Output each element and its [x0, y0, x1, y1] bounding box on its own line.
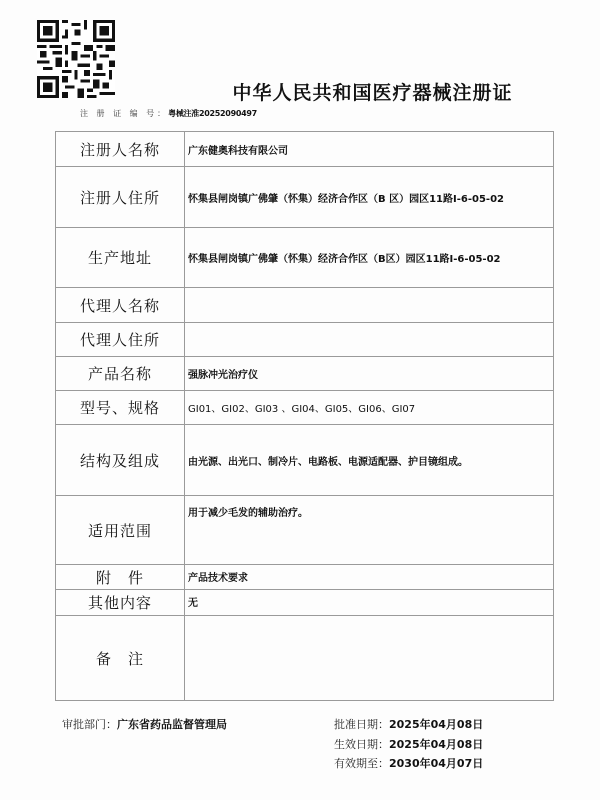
row-product-name: 产品名称 强脉冲光治疗仪: [56, 357, 554, 391]
field-label: 附 件: [56, 565, 185, 590]
field-label: 适用范围: [56, 496, 185, 565]
field-value: 无: [185, 590, 554, 616]
field-value: 怀集县闸岗镇广佛肇（怀集）经济合作区（B区）园区11路I-6-05-02: [185, 228, 554, 288]
row-remarks: 备 注: [56, 616, 554, 701]
certificate-table: 注册人名称 广东健奥科技有限公司 注册人住所 怀集县闸岗镇广佛肇（怀集）经济合作…: [55, 131, 554, 701]
field-value: [185, 288, 554, 323]
row-agent-address: 代理人住所: [56, 323, 554, 357]
approval-date-value: 2025年04月08日: [389, 718, 483, 731]
registration-number-value: 粤械注准20252090497: [168, 109, 257, 118]
row-attachment: 附 件 产品技术要求: [56, 565, 554, 590]
row-structure: 结构及组成 由光源、出光口、制冷片、电路板、电源适配器、护目镜组成。: [56, 425, 554, 496]
field-label: 备 注: [56, 616, 185, 701]
approval-department-value: 广东省药品监督管理局: [117, 718, 227, 731]
field-label: 其他内容: [56, 590, 185, 616]
effective-date: 生效日期：2025年04月08日: [334, 736, 483, 752]
field-value: 产品技术要求: [185, 565, 554, 590]
row-production-address: 生产地址 怀集县闸岗镇广佛肇（怀集）经济合作区（B区）园区11路I-6-05-0…: [56, 228, 554, 288]
registration-number: 注 册 证 编 号：粤械注准20252090497: [80, 108, 257, 119]
row-scope: 适用范围 用于减少毛发的辅助治疗。: [56, 496, 554, 565]
row-other-content: 其他内容 无: [56, 590, 554, 616]
field-label: 产品名称: [56, 357, 185, 391]
row-registrant-name: 注册人名称 广东健奥科技有限公司: [56, 132, 554, 167]
field-value: GI01、GI02、GI03 、GI04、GI05、GI06、GI07: [185, 391, 554, 425]
row-registrant-address: 注册人住所 怀集县闸岗镇广佛肇（怀集）经济合作区（B 区）园区11路I-6-05…: [56, 167, 554, 228]
valid-until-value: 2030年04月07日: [389, 757, 483, 770]
field-value: 强脉冲光治疗仪: [185, 357, 554, 391]
valid-until-label: 有效期至：: [334, 757, 389, 770]
field-label: 代理人名称: [56, 288, 185, 323]
field-value: 由光源、出光口、制冷片、电路板、电源适配器、护目镜组成。: [185, 425, 554, 496]
field-label: 型号、规格: [56, 391, 185, 425]
valid-until: 有效期至：2030年04月07日: [334, 755, 483, 771]
field-value: [185, 616, 554, 701]
approval-date: 批准日期：2025年04月08日: [334, 716, 483, 732]
field-value: 怀集县闸岗镇广佛肇（怀集）经济合作区（B 区）园区11路I-6-05-02: [185, 167, 554, 228]
field-label: 注册人住所: [56, 167, 185, 228]
effective-date-label: 生效日期：: [334, 738, 389, 751]
field-value: [185, 323, 554, 357]
field-label: 注册人名称: [56, 132, 185, 167]
approval-department-label: 审批部门：: [62, 718, 117, 731]
field-value: 用于减少毛发的辅助治疗。: [185, 496, 554, 565]
field-label: 结构及组成: [56, 425, 185, 496]
effective-date-value: 2025年04月08日: [389, 738, 483, 751]
approval-department: 审批部门：广东省药品监督管理局: [62, 716, 227, 732]
field-value: 广东健奥科技有限公司: [185, 132, 554, 167]
row-agent-name: 代理人名称: [56, 288, 554, 323]
registration-number-label: 注 册 证 编 号：: [80, 109, 168, 118]
approval-date-label: 批准日期：: [334, 718, 389, 731]
document-title: 中华人民共和国医疗器械注册证: [0, 78, 600, 105]
field-label: 生产地址: [56, 228, 185, 288]
field-label: 代理人住所: [56, 323, 185, 357]
row-model-spec: 型号、规格 GI01、GI02、GI03 、GI04、GI05、GI06、GI0…: [56, 391, 554, 425]
